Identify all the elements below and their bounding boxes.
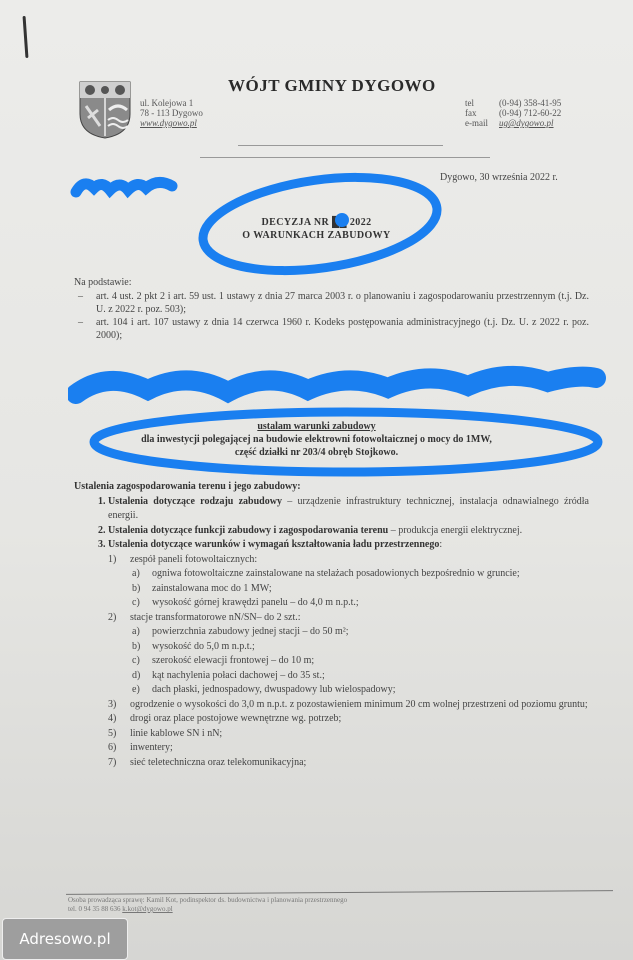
sub-text: stacje transformatorowe nN/SN– do 2 szt.… (130, 612, 301, 623)
sub-item: 3)ogrodzenie o wysokości do 3,0 m n.p.t.… (130, 698, 589, 713)
letter: e) (132, 683, 140, 698)
officer-email[interactable]: k.kot@dygowo.pl (122, 905, 172, 913)
footer-divider (66, 890, 613, 895)
letterhead-title: WÓJT GMINY DYGOWO (228, 76, 436, 96)
decision-number: DECYZJA NR ██ 2022 (0, 216, 633, 229)
legal-basis: Na podstawie: art. 4 ust. 2 pkt 2 i art.… (74, 276, 589, 342)
address-website[interactable]: www.dygowo.pl (140, 118, 203, 128)
sub2-text: szerokość elewacji frontowej – do 10 m; (152, 655, 314, 666)
sub-item: 5)linie kablowe SN i nN; (130, 727, 589, 742)
basis-intro: Na podstawie: (74, 276, 589, 289)
address-postal: 78 - 113 Dygowo (140, 108, 203, 118)
sub-item: 2)stacje transformatorowe nN/SN– do 2 sz… (130, 611, 589, 698)
sub-item: 4)drogi oraz place postojowe wewnętrzne … (130, 712, 589, 727)
staple-mark (23, 16, 29, 58)
sub2-item: d)kąt nachylenia połaci dachowej – do 35… (152, 669, 589, 684)
sub-text: drogi oraz place postojowe wewnętrzne wg… (130, 713, 341, 724)
item-heading: Ustalenia dotyczące warunków i wymagań k… (108, 539, 439, 550)
sub2-text: powierzchnia zabudowy jednej stacji – do… (152, 626, 349, 637)
sub2-item: c)wysokość górnej krawędzi panelu – do 4… (152, 596, 589, 611)
tel-value: (0-94) 358-41-95 (499, 98, 561, 108)
investment-description: dla inwestycji polegającej na budowie el… (0, 433, 633, 446)
letter: a) (132, 625, 140, 640)
sub2-item: e)dach płaski, jednospadowy, dwuspadowy … (152, 683, 589, 698)
decision-subject: O WARUNKACH ZABUDOWY (0, 229, 633, 242)
sub2-text: zainstalowana moc do 1 MW; (152, 583, 272, 594)
email-label: e-mail (465, 118, 493, 128)
sub-text: inwentery; (130, 742, 173, 753)
sub2-text: ogniwa fotowoltaiczne zainstalowane na s… (152, 568, 520, 579)
letter: d) (132, 669, 140, 684)
item-heading: Ustalenia dotyczące rodzaju zabudowy (108, 496, 282, 507)
sub-text: zespół paneli fotowoltaicznych: (130, 554, 257, 565)
determination-item: Ustalenia dotyczące rodzaju zabudowy – u… (108, 495, 589, 524)
item-text: – produkcja energii elektrycznej. (388, 525, 522, 536)
watermark: Adresowo.pl (2, 918, 128, 960)
redaction-scribble-middle (68, 364, 608, 414)
email-value[interactable]: ug@dygowo.pl (499, 118, 554, 128)
sub-item: 1)zespół paneli fotowoltaicznych: a)ogni… (130, 553, 589, 611)
sub-number: 6) (108, 741, 116, 756)
determination-item: Ustalenia dotyczące warunków i wymagań k… (108, 538, 589, 770)
sub-text: sieć teletechniczna oraz telekomunikacyj… (130, 757, 306, 768)
section-title: Ustalenia zagospodarowania terenu i jego… (74, 480, 589, 495)
basis-item: art. 104 i art. 107 ustawy z dnia 14 cze… (96, 316, 589, 342)
sub2-text: wysokość górnej krawędzi panelu – do 4,0… (152, 597, 359, 608)
sub-number: 2) (108, 611, 116, 626)
letterhead-contacts: tel(0-94) 358-41-95 fax(0-94) 712-60-22 … (465, 98, 561, 128)
divider (238, 145, 443, 146)
item-heading: Ustalenia dotyczące funkcji zabudowy i z… (108, 525, 388, 536)
basis-item: art. 4 ust. 2 pkt 2 i art. 59 ust. 1 ust… (96, 290, 589, 316)
determination-item: Ustalenia dotyczące funkcji zabudowy i z… (108, 524, 589, 539)
sub-number: 4) (108, 712, 116, 727)
address-street: ul. Kolejowa 1 (140, 98, 203, 108)
divider (200, 157, 490, 158)
sub-text: linie kablowe SN i nN; (130, 728, 222, 739)
coat-of-arms-icon (78, 80, 132, 140)
letterhead-address: ul. Kolejowa 1 78 - 113 Dygowo www.dygow… (140, 98, 203, 128)
tel-label: tel (465, 98, 493, 108)
item-text: : (439, 539, 442, 550)
sub2-item: a)powierzchnia zabudowy jednej stacji – … (152, 625, 589, 640)
sub2-item: b)wysokość do 5,0 m n.p.t.; (152, 640, 589, 655)
conditions-heading: ustalam warunki zabudowy (0, 420, 633, 433)
fax-value: (0-94) 712-60-22 (499, 108, 561, 118)
footer: Osoba prowadząca sprawę: Kamil Kot, podi… (68, 896, 347, 914)
decision-title: DECYZJA NR ██ 2022 O WARUNKACH ZABUDOWY (0, 216, 633, 242)
letter: c) (132, 596, 140, 611)
officer-phone: tel. 0 94 35 88 636 (68, 905, 122, 913)
document-page: WÓJT GMINY DYGOWO ul. Kolejowa 1 78 - 11… (0, 0, 633, 960)
letter: b) (132, 582, 140, 597)
determinations: Ustalenia zagospodarowania terenu i jego… (74, 480, 589, 770)
sub-text: ogrodzenie o wysokości do 3,0 m n.p.t. z… (130, 699, 588, 710)
sub-item: 6)inwentery; (130, 741, 589, 756)
sub-number: 7) (108, 756, 116, 771)
fax-label: fax (465, 108, 493, 118)
conditions-block: ustalam warunki zabudowy dla inwestycji … (0, 420, 633, 459)
sub2-text: wysokość do 5,0 m n.p.t.; (152, 641, 255, 652)
sub-number: 5) (108, 727, 116, 742)
sub-number: 3) (108, 698, 116, 713)
document-date: Dygowo, 30 września 2022 r. (440, 172, 558, 183)
sub2-item: b)zainstalowana moc do 1 MW; (152, 582, 589, 597)
letter: c) (132, 654, 140, 669)
footer-contact: tel. 0 94 35 88 636 k.kot@dygowo.pl (68, 905, 347, 914)
redaction-scribble-top (70, 174, 180, 202)
letter: b) (132, 640, 140, 655)
sub-item: 7)sieć teletechniczna oraz telekomunikac… (130, 756, 589, 771)
sub2-text: kąt nachylenia połaci dachowej – do 35 s… (152, 670, 325, 681)
case-officer: Osoba prowadząca sprawę: Kamil Kot, podi… (68, 896, 347, 905)
sub2-item: a)ogniwa fotowoltaiczne zainstalowane na… (152, 567, 589, 582)
letter: a) (132, 567, 140, 582)
plot-description: część działki nr 203/4 obręb Stojkowo. (0, 446, 633, 459)
sub-number: 1) (108, 553, 116, 568)
sub2-text: dach płaski, jednospadowy, dwuspadowy lu… (152, 684, 395, 695)
sub2-item: c)szerokość elewacji frontowej – do 10 m… (152, 654, 589, 669)
